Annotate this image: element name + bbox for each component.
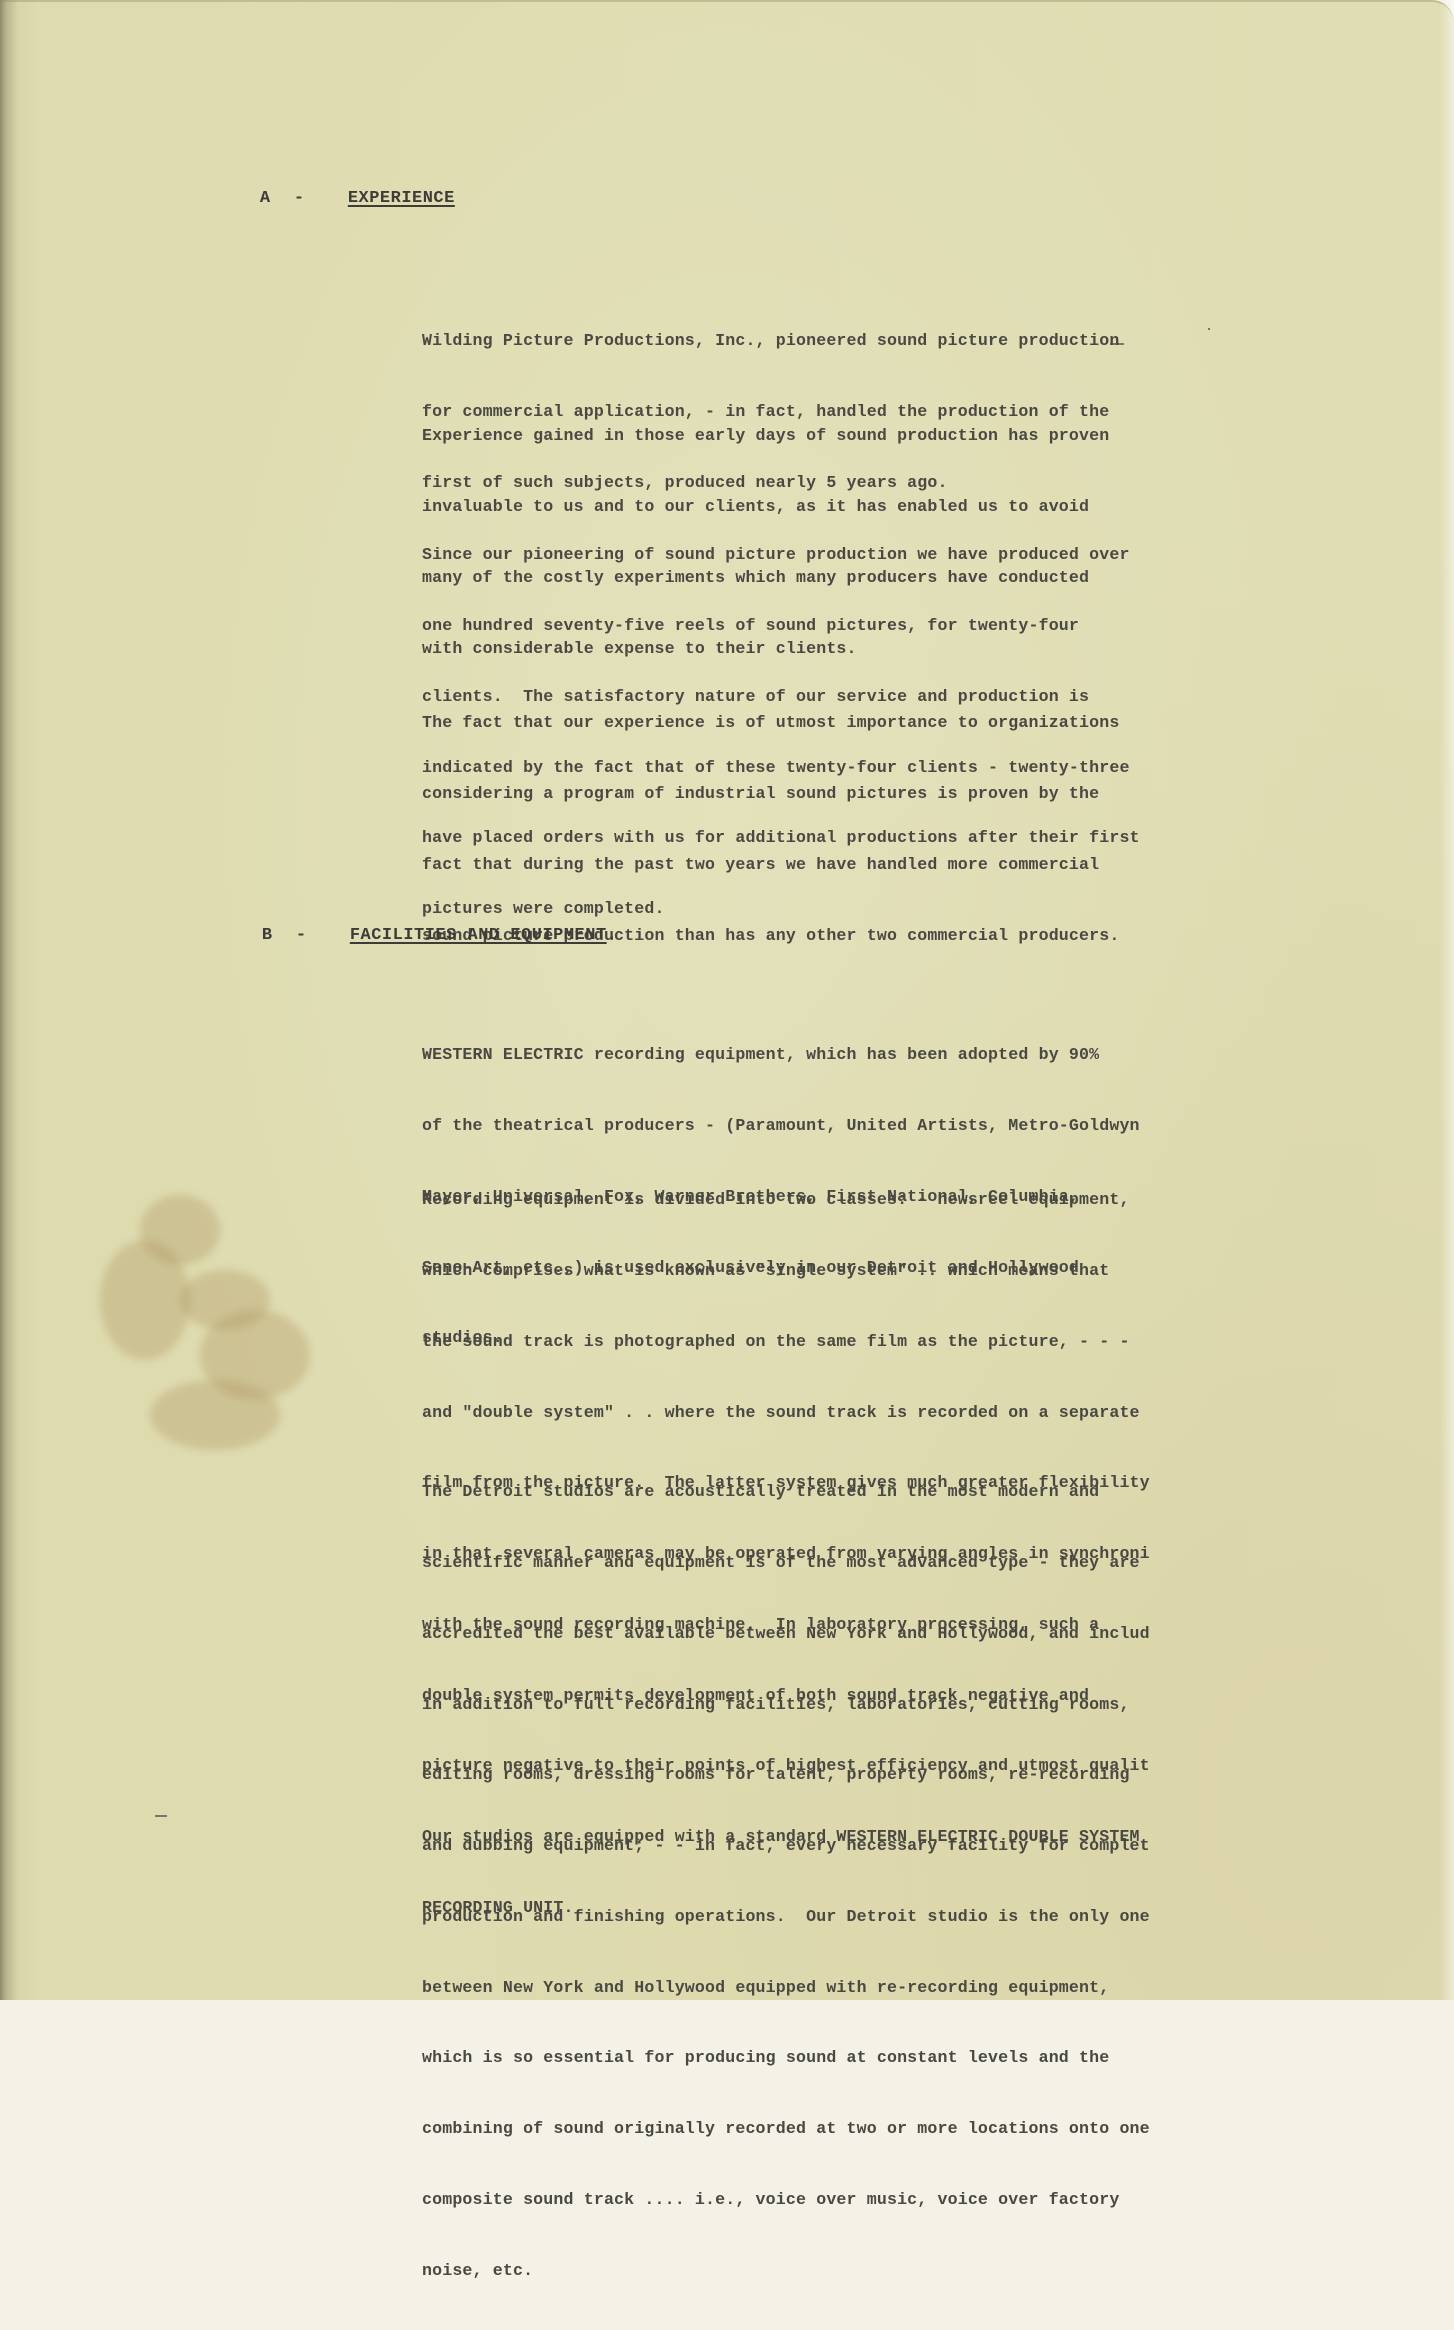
section-heading-facilities: B-FACILITIES AND EQUIPMENT. bbox=[219, 907, 617, 964]
text-line: Wilding Picture Productions, Inc., pione… bbox=[422, 329, 1302, 353]
text-line: fact that during the past two years we h… bbox=[422, 853, 1302, 877]
text-line: editing rooms, dressing rooms for talent… bbox=[422, 1763, 1302, 1787]
text-line: one hundred seventy-five reels of sound … bbox=[422, 614, 1302, 638]
section-letter: A bbox=[260, 189, 294, 208]
text-line: Experience gained in those early days of… bbox=[422, 424, 1302, 448]
text-line: which comprises what is known as "single… bbox=[422, 1259, 1302, 1283]
text-line: and dubbing equipment; - - in fact, ever… bbox=[422, 1834, 1302, 1858]
section-dash: - bbox=[296, 926, 350, 945]
section-title: FACILITIES AND EQUIPMENT bbox=[350, 926, 607, 945]
water-stain bbox=[150, 1380, 280, 1450]
water-stain bbox=[100, 1240, 190, 1360]
text-line: accredited the best available between Ne… bbox=[422, 1622, 1302, 1646]
section-title: EXPERIENCE bbox=[348, 189, 455, 208]
text-line: The fact that our experience is of utmos… bbox=[422, 711, 1302, 735]
section-title-suffix: . bbox=[607, 926, 618, 945]
text-line: scientific manner and equipment is of th… bbox=[422, 1551, 1302, 1575]
section-dash: - bbox=[294, 189, 348, 208]
section-letter: B bbox=[262, 926, 296, 945]
text-line: and "double system" . . where the sound … bbox=[422, 1401, 1302, 1425]
stray-mark bbox=[155, 1815, 167, 1817]
text-line: The Detroit studios are acoustically tre… bbox=[422, 1480, 1302, 1504]
text-line: the sound track is photographed on the s… bbox=[422, 1330, 1302, 1354]
text-line: of the theatrical producers - (Paramount… bbox=[422, 1114, 1302, 1138]
section-heading-experience: A-EXPERIENCE bbox=[217, 170, 455, 227]
text-line: production and finishing operations. Our… bbox=[422, 1905, 1302, 1929]
text-line: Since our pioneering of sound picture pr… bbox=[422, 543, 1302, 567]
text-line: Recording equipment is divided into two … bbox=[422, 1188, 1302, 1212]
text-line: between New York and Hollywood equipped … bbox=[422, 1976, 1302, 2000]
page-edge bbox=[1440, 0, 1454, 2000]
document-page: A-EXPERIENCE Wilding Picture Productions… bbox=[0, 0, 1454, 2000]
paragraph: The Detroit studios are acoustically tre… bbox=[422, 1433, 1302, 2000]
text-line: considering a program of industrial soun… bbox=[422, 782, 1302, 806]
text-line: in addition to full recording facilities… bbox=[422, 1693, 1302, 1717]
text-line: WESTERN ELECTRIC recording equipment, wh… bbox=[422, 1043, 1302, 1067]
